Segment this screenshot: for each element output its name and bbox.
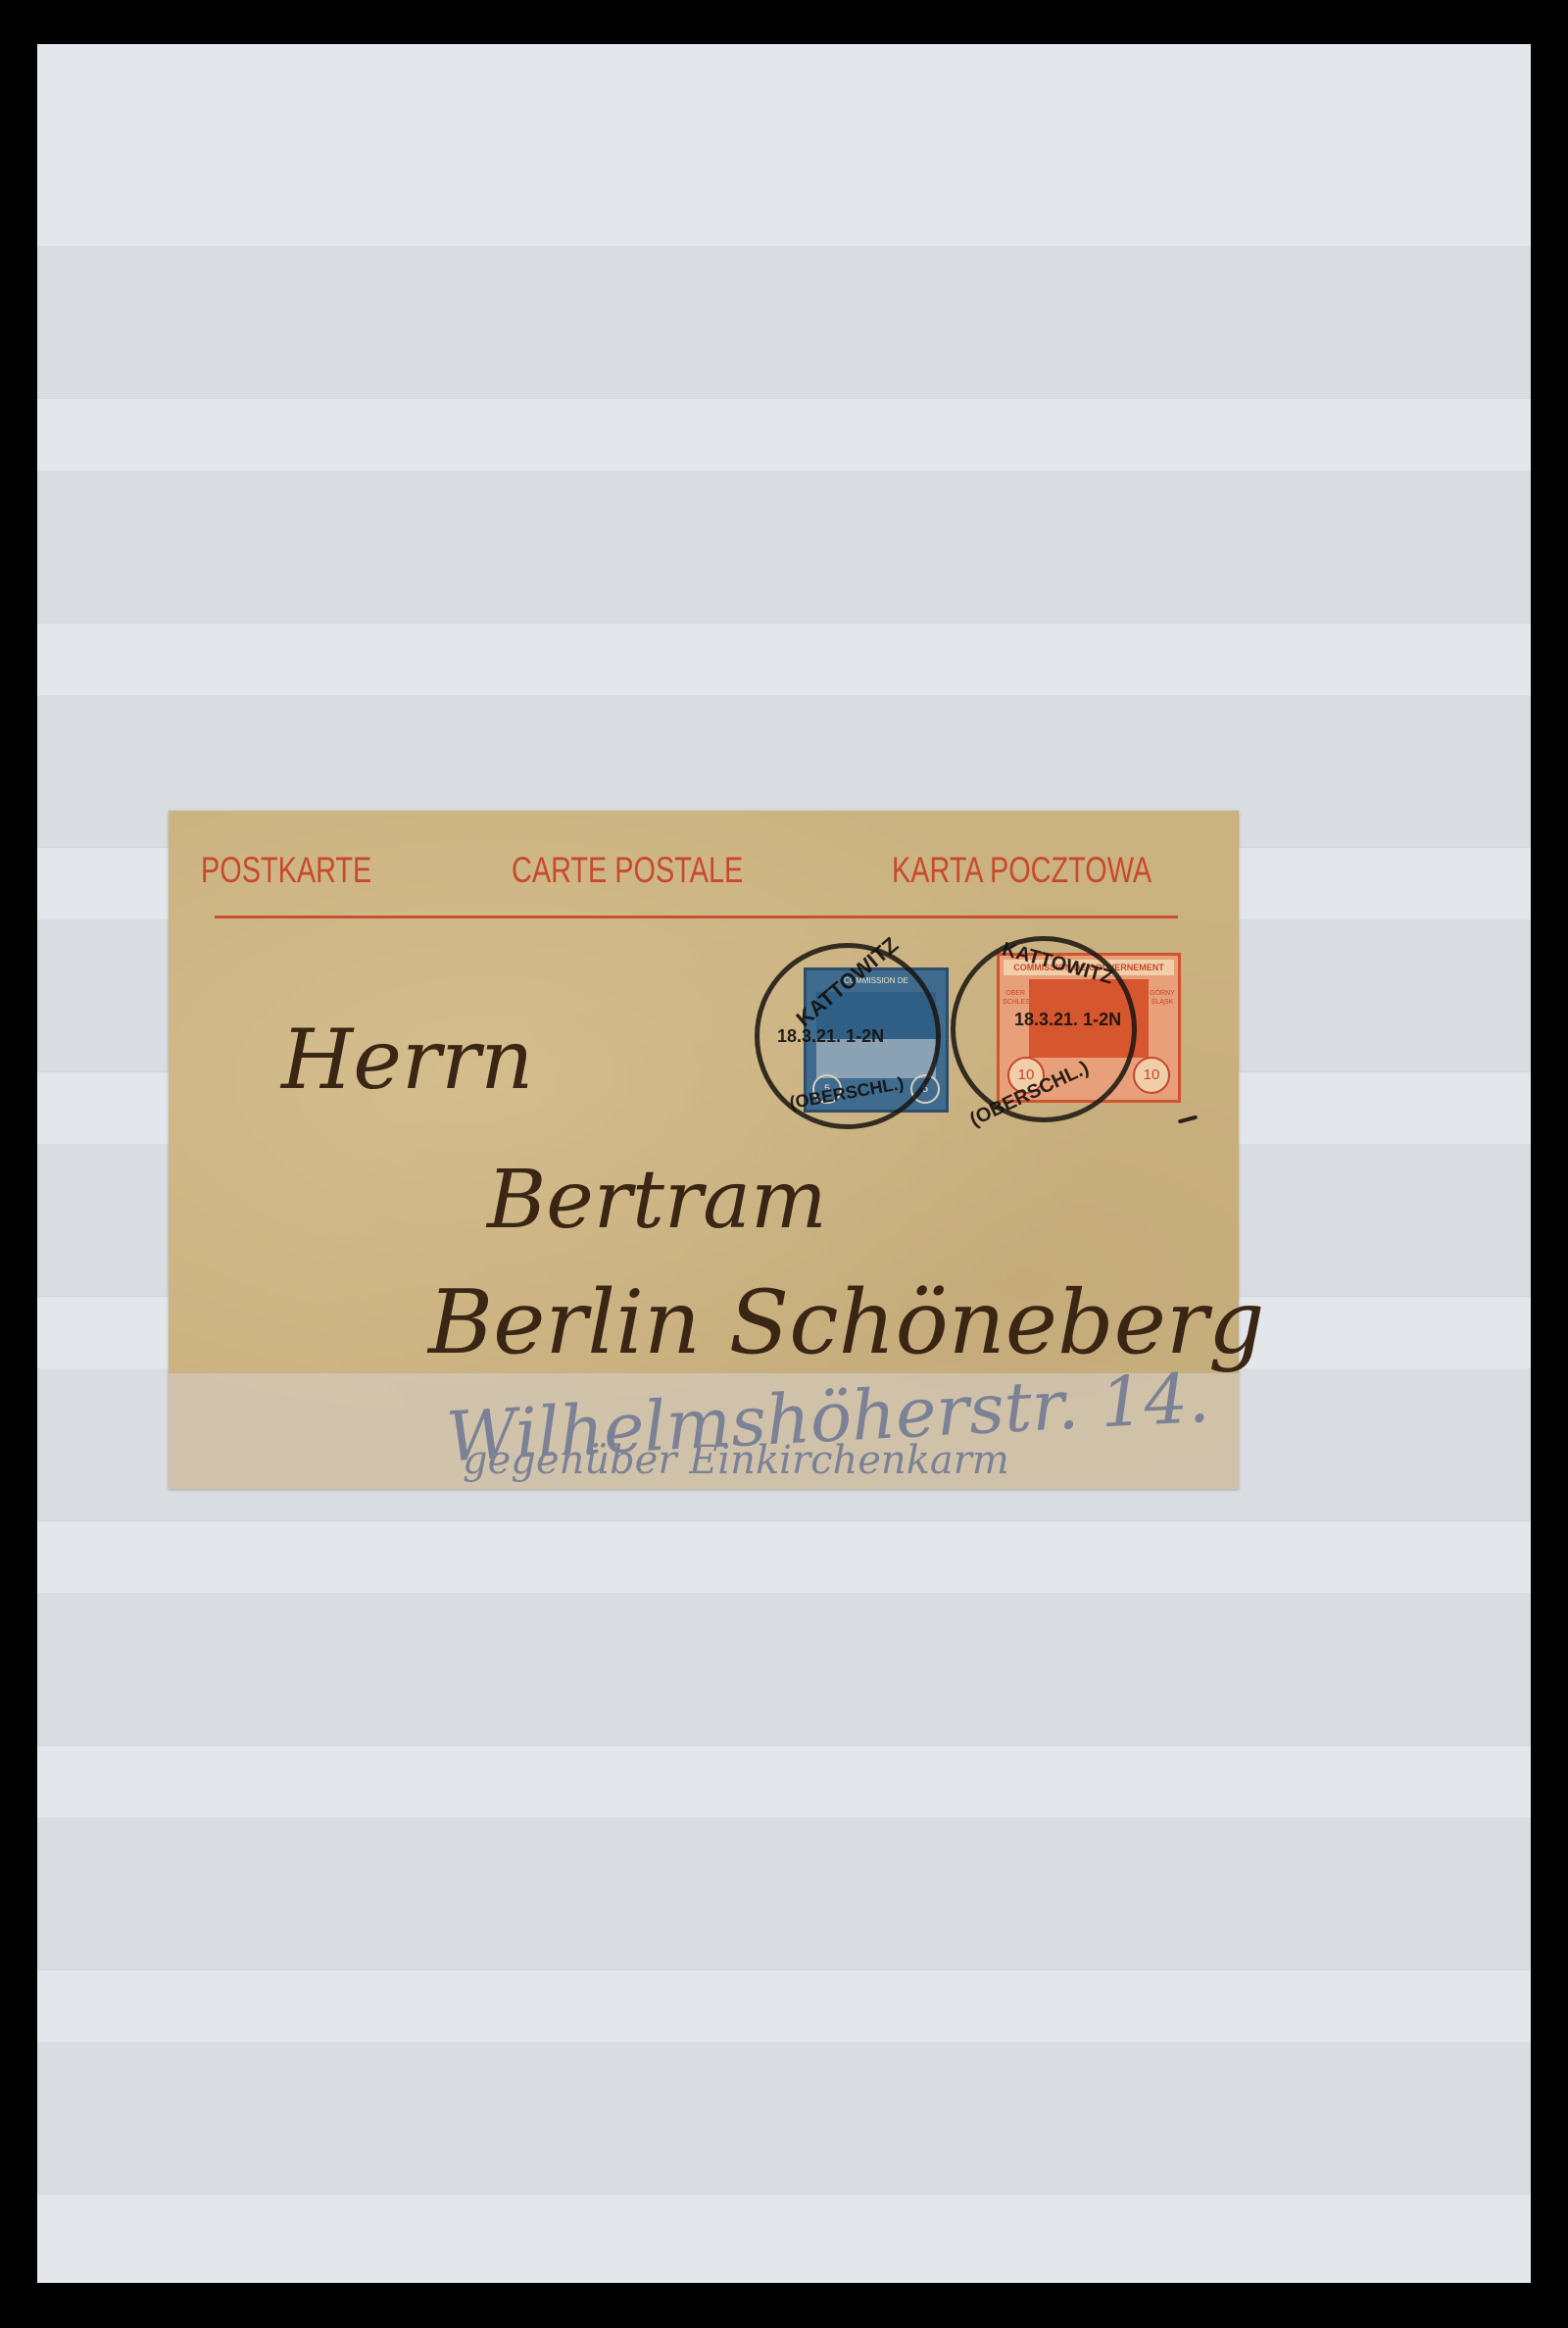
album-strip — [37, 245, 1531, 399]
postmark-town: KATTOWITZ — [1000, 938, 1115, 989]
indicium-right-panel: GÓRNY ŚLĄSK — [1150, 989, 1175, 1007]
address-city: Berlin Schöneberg — [428, 1271, 1265, 1374]
album-strip — [37, 2041, 1531, 2195]
album-strip — [37, 1592, 1531, 1746]
postmark-town: KATTOWITZ — [792, 932, 904, 1032]
postcard[interactable]: POSTKARTE CARTE POSTALE KARTA POCZTOWA C… — [169, 811, 1239, 1489]
address-name: Bertram — [487, 1154, 827, 1247]
header-karta-pocztowa: KARTA POCZTOWA — [892, 850, 1151, 891]
postmark-date: 18.3.21. 1-2N — [1014, 1010, 1121, 1030]
header-rule — [215, 916, 1178, 918]
album-page: POSTKARTE CARTE POSTALE KARTA POCZTOWA C… — [37, 44, 1531, 2283]
album-strip — [37, 1816, 1531, 1970]
postmark-left: KATTOWITZ 18.3.21. 1-2N (OBERSCHL.) — [755, 943, 941, 1129]
postmark-date: 18.3.21. 1-2N — [777, 1026, 884, 1047]
indicium-value-right: 10 — [1133, 1057, 1170, 1094]
postmark-dash — [1178, 1114, 1198, 1123]
postmark-region: (OBERSCHL.) — [966, 1057, 1093, 1131]
header-carte-postale: CARTE POSTALE — [512, 850, 743, 891]
address-salutation: Herrn — [281, 1012, 533, 1108]
postmark-right: KATTOWITZ 18.3.21. 1-2N (OBERSCHL.) — [951, 936, 1137, 1122]
header-postkarte: POSTKARTE — [201, 850, 371, 891]
album-strip — [37, 470, 1531, 623]
address-note: gegenüber Einkirchenkarm — [463, 1438, 1009, 1483]
postmark-region: (OBERSCHL.) — [788, 1073, 906, 1114]
